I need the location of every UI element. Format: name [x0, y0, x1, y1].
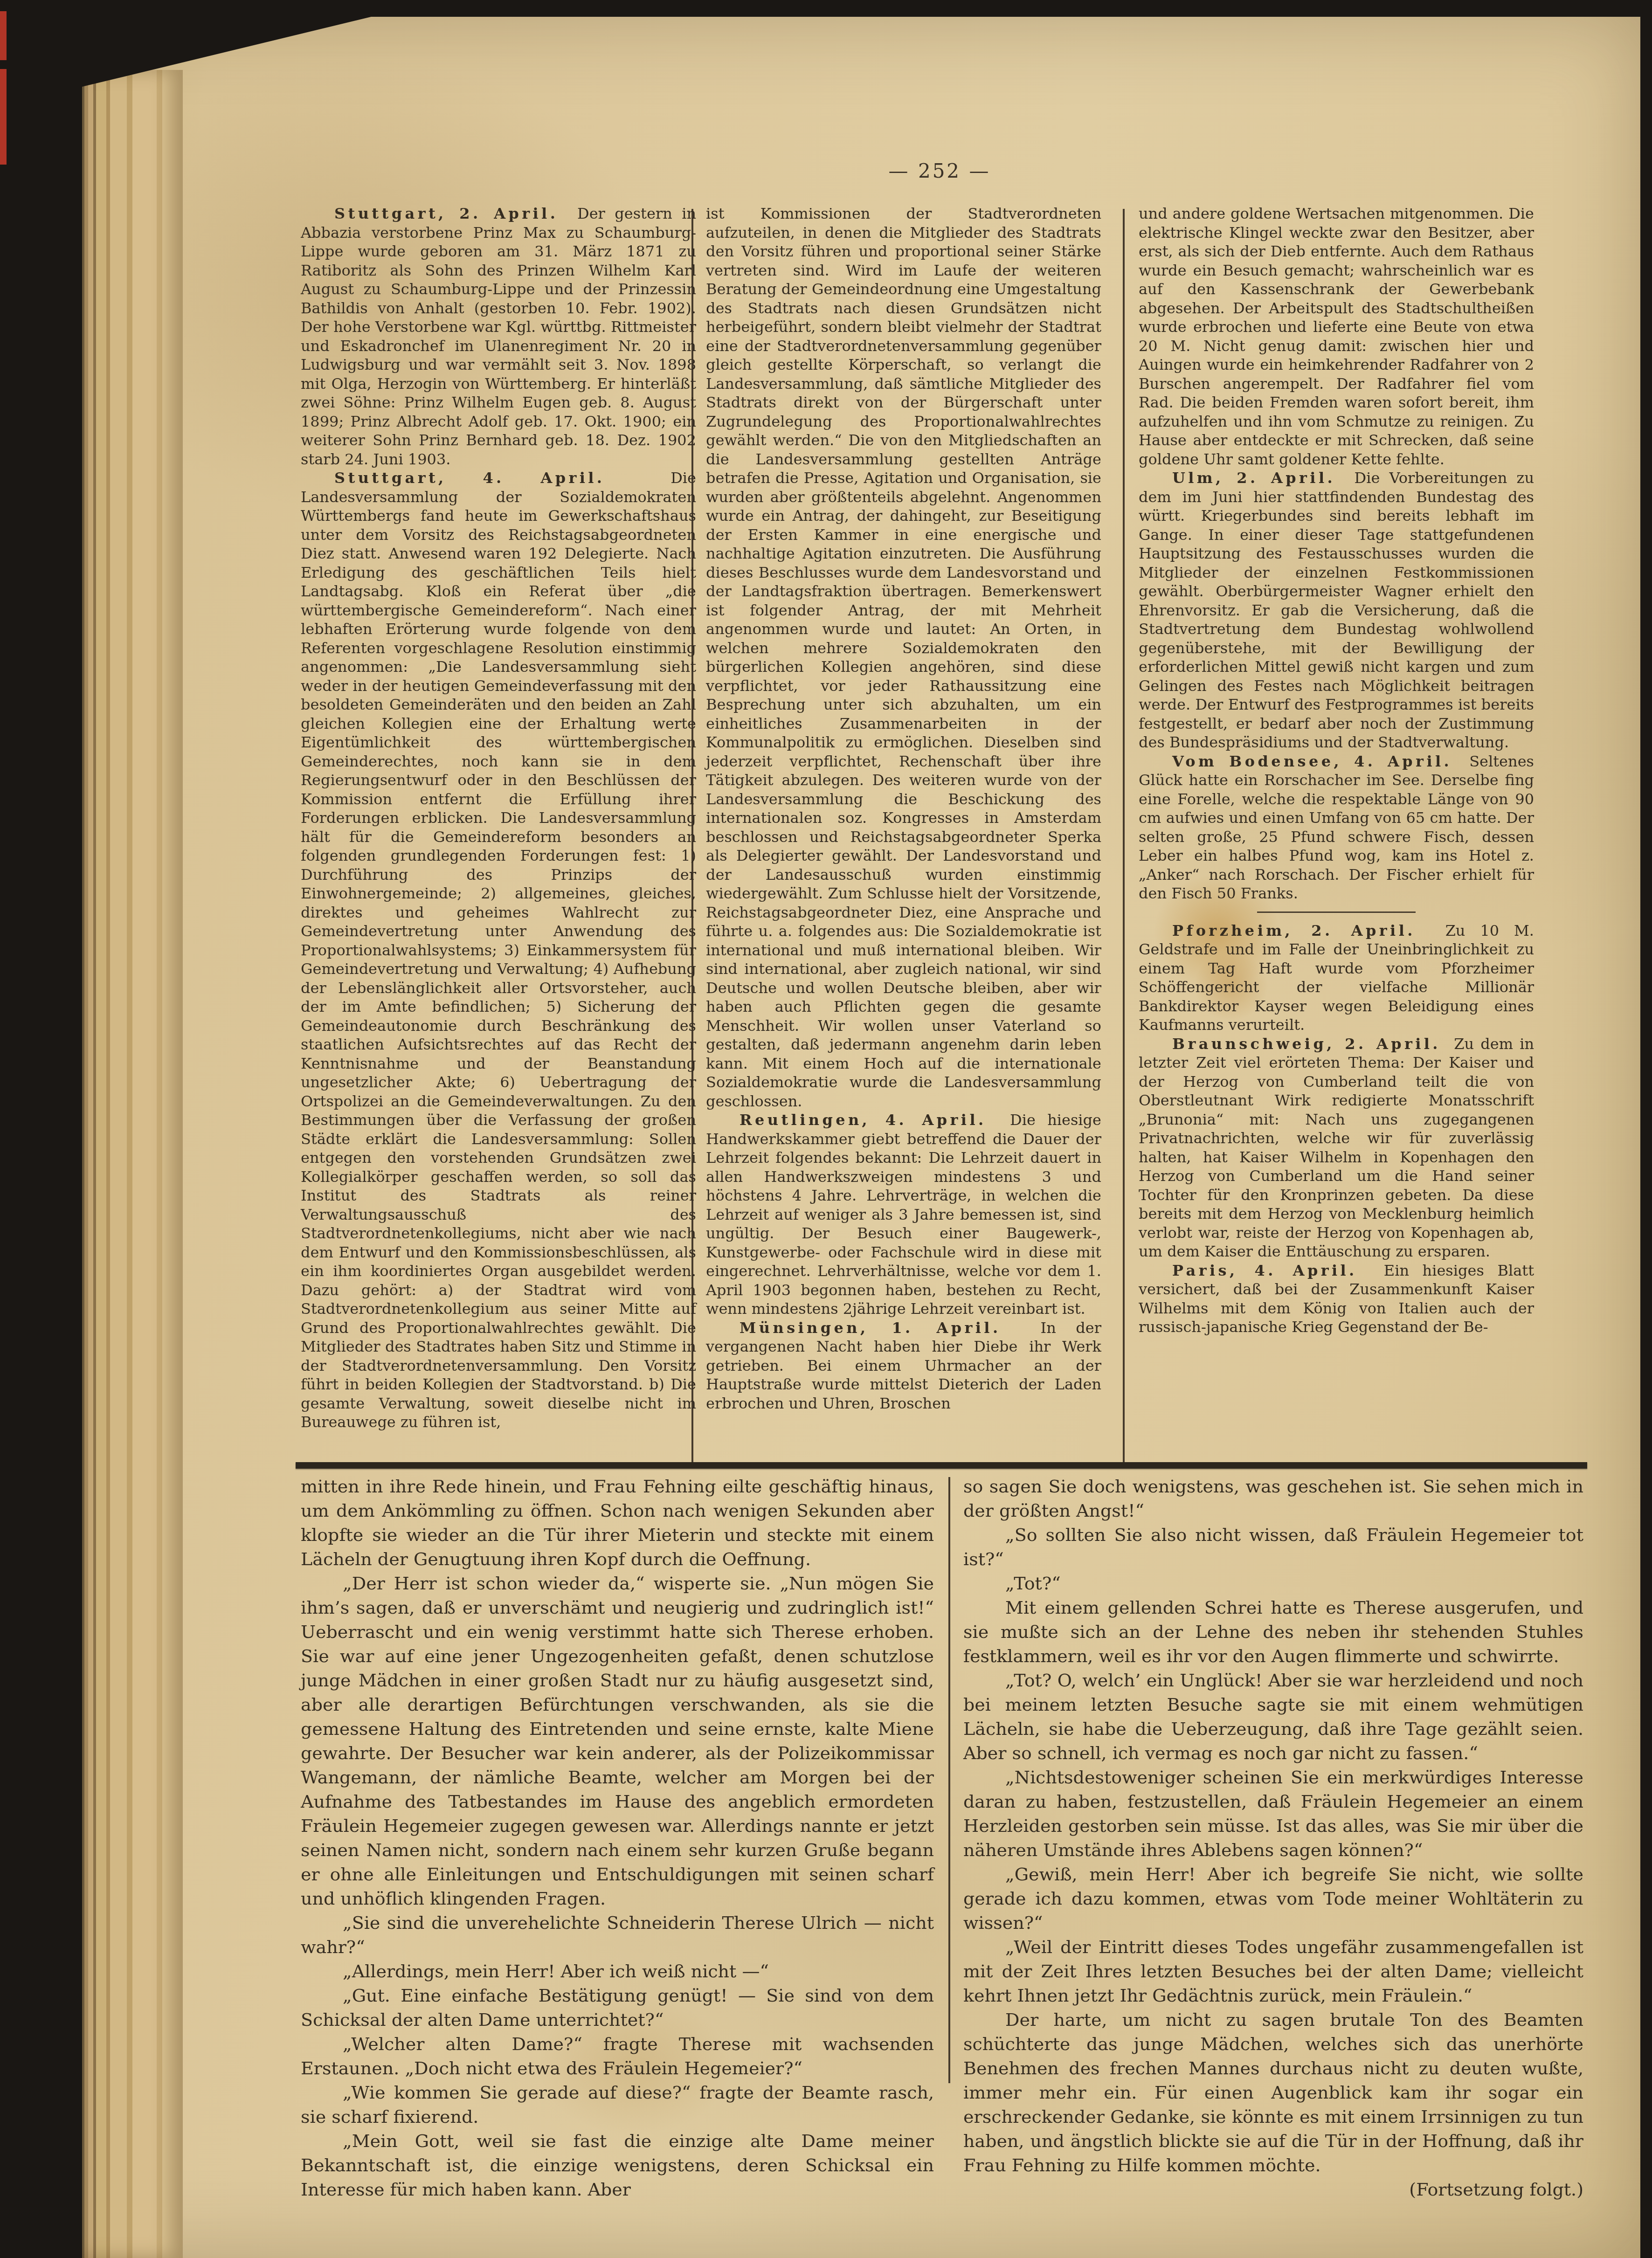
feuilleton-column-1: mitten in ihre Rede hinein, und Frau Feh… [301, 1474, 934, 2202]
article-paragraph: Münsingen, 1. April. In der vergangenen … [706, 1319, 1101, 1413]
paragraph: „Gut. Eine einfache Bestätigung genügt! … [301, 1983, 934, 2032]
article-paragraph: Paris, 4. April. Ein hiesiges Blatt vers… [1139, 1261, 1534, 1337]
paragraph: „Der Herr ist schon wieder da,“ wisperte… [301, 1571, 934, 1911]
page-stack-edges [82, 70, 183, 2258]
paragraph: Mit einem gellenden Schrei hatte es Ther… [963, 1595, 1583, 1668]
article-dateline: Stuttgart, 2. April. [334, 205, 558, 222]
paragraph: „So sollten Sie also nicht wissen, daß F… [963, 1523, 1583, 1571]
paragraph: „Tot? O, welch’ ein Unglück! Aber sie wa… [963, 1668, 1583, 1765]
article-dateline: Paris, 4. April. [1172, 1262, 1357, 1279]
article-dateline: Münsingen, 1. April. [740, 1319, 1001, 1337]
article-paragraph: Pforzheim, 2. April. Zu 10 M. Geldstrafe… [1139, 921, 1534, 1035]
paragraph: „Wie kommen Sie gerade auf diese?“ fragt… [301, 2080, 934, 2129]
news-column-2: ist Kommissionen der Stadtverordneten au… [706, 204, 1101, 1413]
scanned-newspaper-screenshot: { "page": { "number_display": "— 252 —" … [0, 0, 1652, 2258]
paragraph: Der harte, um nicht zu sagen brutale Ton… [963, 2008, 1583, 2177]
article-paragraph: Stuttgart, 2. April. Der gestern in Abba… [301, 204, 696, 469]
article-paragraph: Vom Bodensee, 4. April. Seltenes Glück h… [1139, 752, 1534, 903]
article-paragraph: Ulm, 2. April. Die Vorbereitungen zu dem… [1139, 469, 1534, 752]
feuilleton-column-rule [948, 1477, 950, 2083]
article-dateline: Braunschweig, 2. April. [1172, 1035, 1441, 1053]
article-divider [1257, 911, 1416, 913]
paragraph: „Tot?“ [963, 1571, 1583, 1595]
article-dateline: Ulm, 2. April. [1172, 469, 1335, 487]
article-paragraph: Stuttgart, 4. April. Die Landesversammlu… [301, 469, 696, 1432]
page-number: — 252 — [800, 159, 1079, 182]
continuation-paragraph: ist Kommissionen der Stadtverordneten au… [706, 204, 1101, 1111]
feuilleton-column-2: so sagen Sie doch wenigstens, was gesche… [963, 1474, 1583, 2202]
paragraph: „Mein Gott, weil sie fast die einzige al… [301, 2129, 934, 2202]
paragraph: „Sie sind die unverehelichte Schneiderin… [301, 1911, 934, 1959]
article-paragraph: Braunschweig, 2. April. Zu dem in letzte… [1139, 1035, 1534, 1261]
paragraph: „Allerdings, mein Herr! Aber ich weiß ni… [301, 1959, 934, 1983]
article-dateline: Vom Bodensee, 4. April. [1172, 753, 1452, 770]
news-column-1: Stuttgart, 2. April. Der gestern in Abba… [301, 204, 696, 1432]
article-dateline: Reutlingen, 4. April. [740, 1111, 987, 1129]
feuilleton-divider-rule [296, 1462, 1587, 1469]
article-dateline: Stuttgart, 4. April. [334, 469, 605, 487]
column-rule [1123, 209, 1125, 1463]
news-column-3: und andere goldene Wertsachen mitgenomme… [1139, 204, 1534, 1337]
article-paragraph: Reutlingen, 4. April. Die hiesige Handwe… [706, 1111, 1101, 1319]
continuation-paragraph: so sagen Sie doch wenigstens, was gesche… [963, 1474, 1583, 1523]
continuation-paragraph: und andere goldene Wertsachen mitgenomme… [1139, 204, 1534, 469]
paragraph: „Welcher alten Dame?“ fragte Therese mit… [301, 2032, 934, 2080]
red-edge-mark [0, 69, 7, 165]
continuation-paragraph: mitten in ihre Rede hinein, und Frau Feh… [301, 1474, 934, 1571]
paragraph: „Nichtsdestoweniger scheinen Sie ein mer… [963, 1765, 1583, 1862]
article-dateline: Pforzheim, 2. April. [1172, 922, 1416, 939]
paragraph: „Weil der Eintritt dieses Todes ungefähr… [963, 1935, 1583, 2008]
paragraph: „Gewiß, mein Herr! Aber ich begreife Sie… [963, 1862, 1583, 1935]
red-edge-mark [0, 11, 7, 60]
paragraph: (Fortsetzung folgt.) [963, 2177, 1583, 2202]
